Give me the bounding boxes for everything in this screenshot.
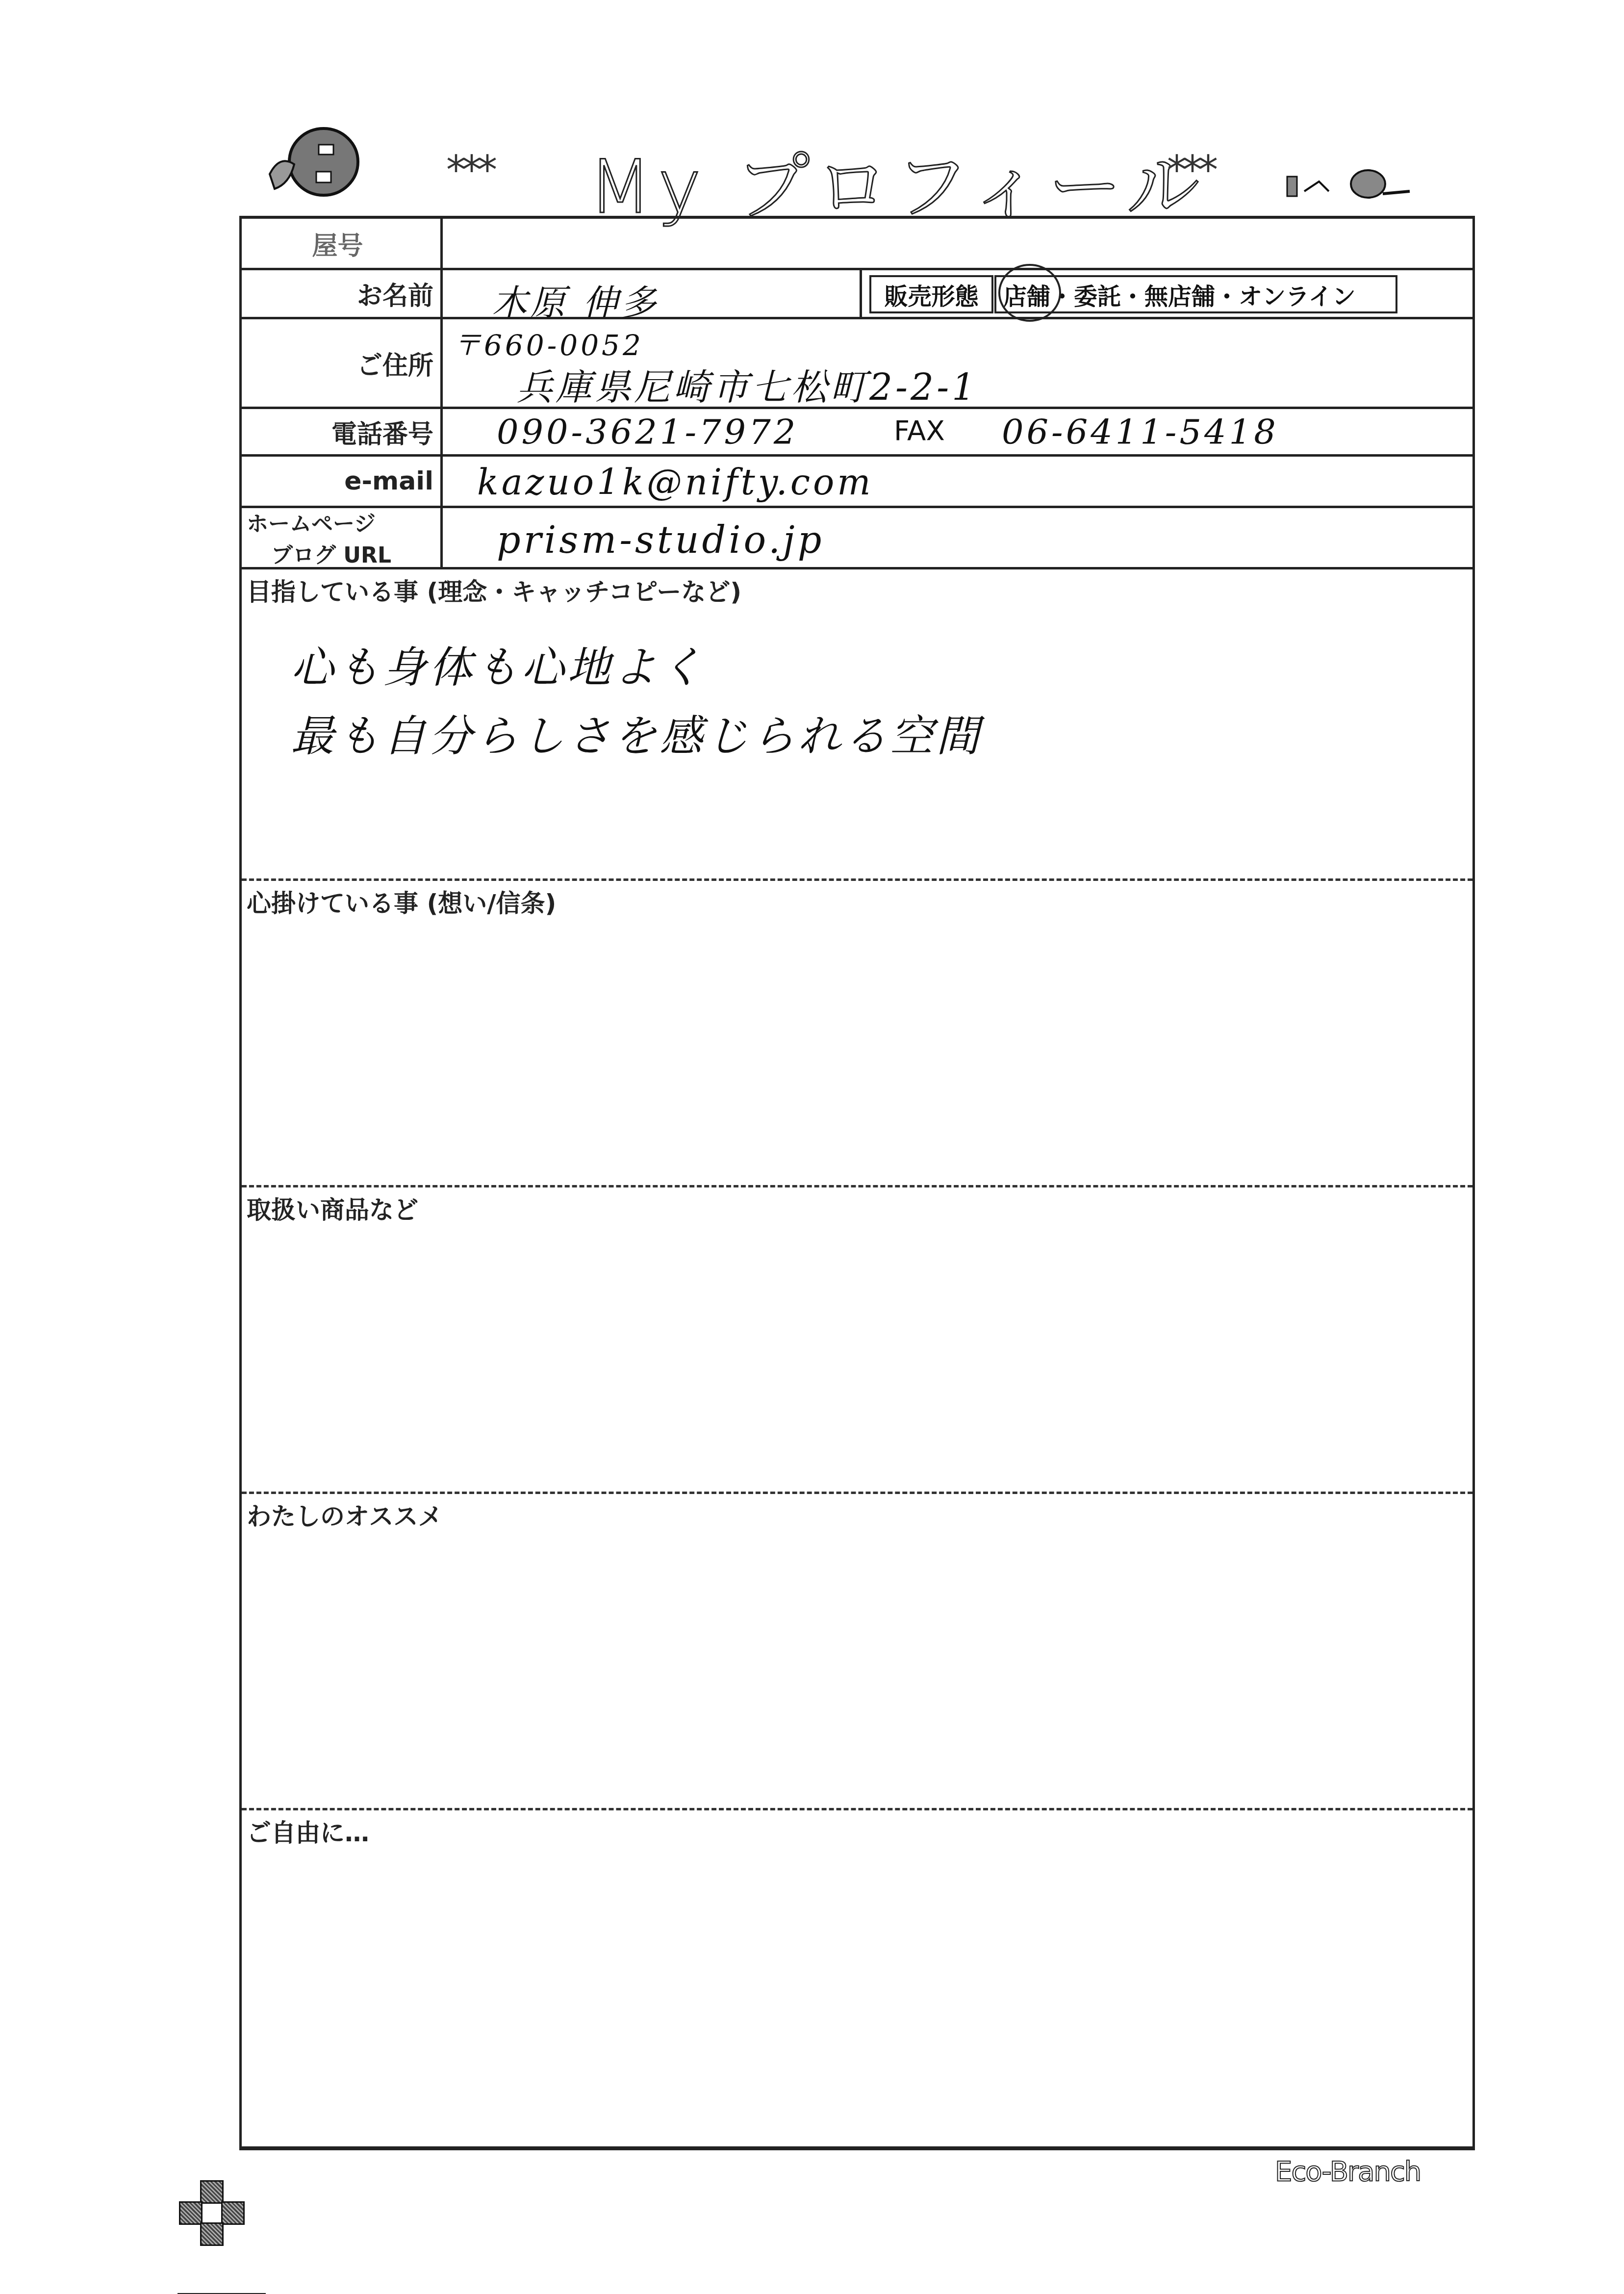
globe-logo-icon [260, 125, 373, 199]
row-homepage: ホームページ ブログ URL prism-studio.jp [242, 508, 1472, 569]
name-value: 木原 伸多 [492, 274, 659, 325]
email-value: kazuo1k@nifty.com [477, 462, 874, 503]
name-field[interactable]: 木原 伸多 販売形態 店舗 ・ 委託 ・ 無店舗 ・ オンライン [443, 270, 1472, 317]
section-recommend: わたしのオススメ [242, 1494, 1472, 1810]
name-label: お名前 [242, 270, 443, 317]
homepage-label: ホームページ ブログ URL [242, 508, 443, 567]
section-goal-title: 目指している事 (理念・キャッチコピーなど) [247, 572, 741, 608]
free-field[interactable] [242, 1850, 1472, 2144]
decorative-stars-left: *** [446, 147, 493, 193]
sales-form-label: 販売形態 [869, 275, 993, 313]
homepage-field[interactable]: prism-studio.jp [443, 508, 1472, 567]
decorative-stars-right: *** [1167, 147, 1214, 193]
address-label: ご住所 [242, 319, 443, 407]
brand-footer: Eco-Branch [1275, 2156, 1421, 2188]
email-field[interactable]: kazuo1k@nifty.com [443, 457, 1472, 506]
shop-name-field[interactable] [443, 219, 1472, 268]
section-free: ご自由に… [242, 1810, 1472, 2144]
mindset-field[interactable] [242, 920, 1472, 1185]
address-value: 兵庫県尼崎市七松町2-2-1 [516, 359, 978, 411]
goal-line-1: 心も身体も心地よく [291, 633, 706, 695]
row-address: ご住所 〒660-0052 兵庫県尼崎市七松町2-2-1 [242, 319, 1472, 409]
sales-option-online[interactable]: オンライン [1239, 278, 1356, 311]
fax-label: FAX [894, 415, 945, 447]
row-shop-name: 屋号 [242, 219, 1472, 270]
branch-logo-icon [1285, 162, 1412, 201]
shop-name-label: 屋号 [242, 219, 443, 268]
phone-field[interactable]: 090-3621-7972 FAX 06-6411-5418 [443, 409, 1472, 454]
phone-value: 090-3621-7972 [497, 412, 798, 452]
sales-form-options: 店舗 ・ 委託 ・ 無店舗 ・ オンライン [994, 275, 1397, 313]
section-mindset-title: 心掛けている事 (想い/信条) [247, 884, 556, 919]
recommend-field[interactable] [242, 1533, 1472, 1808]
goal-line-2: 最も自分らしさを感じられる空間 [291, 702, 982, 764]
row-name: お名前 木原 伸多 販売形態 店舗 ・ 委託 ・ 無店舗 ・ オンライン [242, 270, 1472, 319]
products-field[interactable] [242, 1227, 1472, 1492]
section-free-title: ご自由に… [247, 1813, 369, 1849]
row-email: e-mail kazuo1k@nifty.com [242, 457, 1472, 508]
postal-code: 〒660-0052 [453, 322, 644, 363]
row-phone: 電話番号 090-3621-7972 FAX 06-6411-5418 [242, 409, 1472, 457]
email-label: e-mail [242, 457, 443, 506]
homepage-value: prism-studio.jp [497, 518, 824, 562]
fax-value: 06-6411-5418 [1002, 412, 1279, 452]
section-products-title: 取扱い商品など [247, 1190, 418, 1226]
section-recommend-title: わたしのオススメ [247, 1497, 443, 1532]
section-goal: 目指している事 (理念・キャッチコピーなど) 心も身体も心地よく 最も自分らしさ… [242, 569, 1472, 881]
sales-option-nostore[interactable]: 無店舗 [1144, 278, 1215, 311]
section-mindset: 心掛けている事 (想い/信条) [242, 881, 1472, 1187]
sales-option-consign[interactable]: 委託 [1074, 278, 1121, 311]
cross-mark-icon [179, 2180, 243, 2244]
profile-form: 屋号 お名前 木原 伸多 販売形態 店舗 ・ 委託 ・ 無店舗 ・ オンライン [239, 216, 1475, 2150]
selected-circle [998, 264, 1061, 322]
address-field[interactable]: 〒660-0052 兵庫県尼崎市七松町2-2-1 [443, 319, 1472, 407]
sales-option-store[interactable]: 店舗 [1003, 278, 1050, 311]
form-header: *** My プロフィール *** [235, 123, 1510, 206]
phone-label: 電話番号 [242, 409, 443, 454]
section-products: 取扱い商品など [242, 1187, 1472, 1494]
